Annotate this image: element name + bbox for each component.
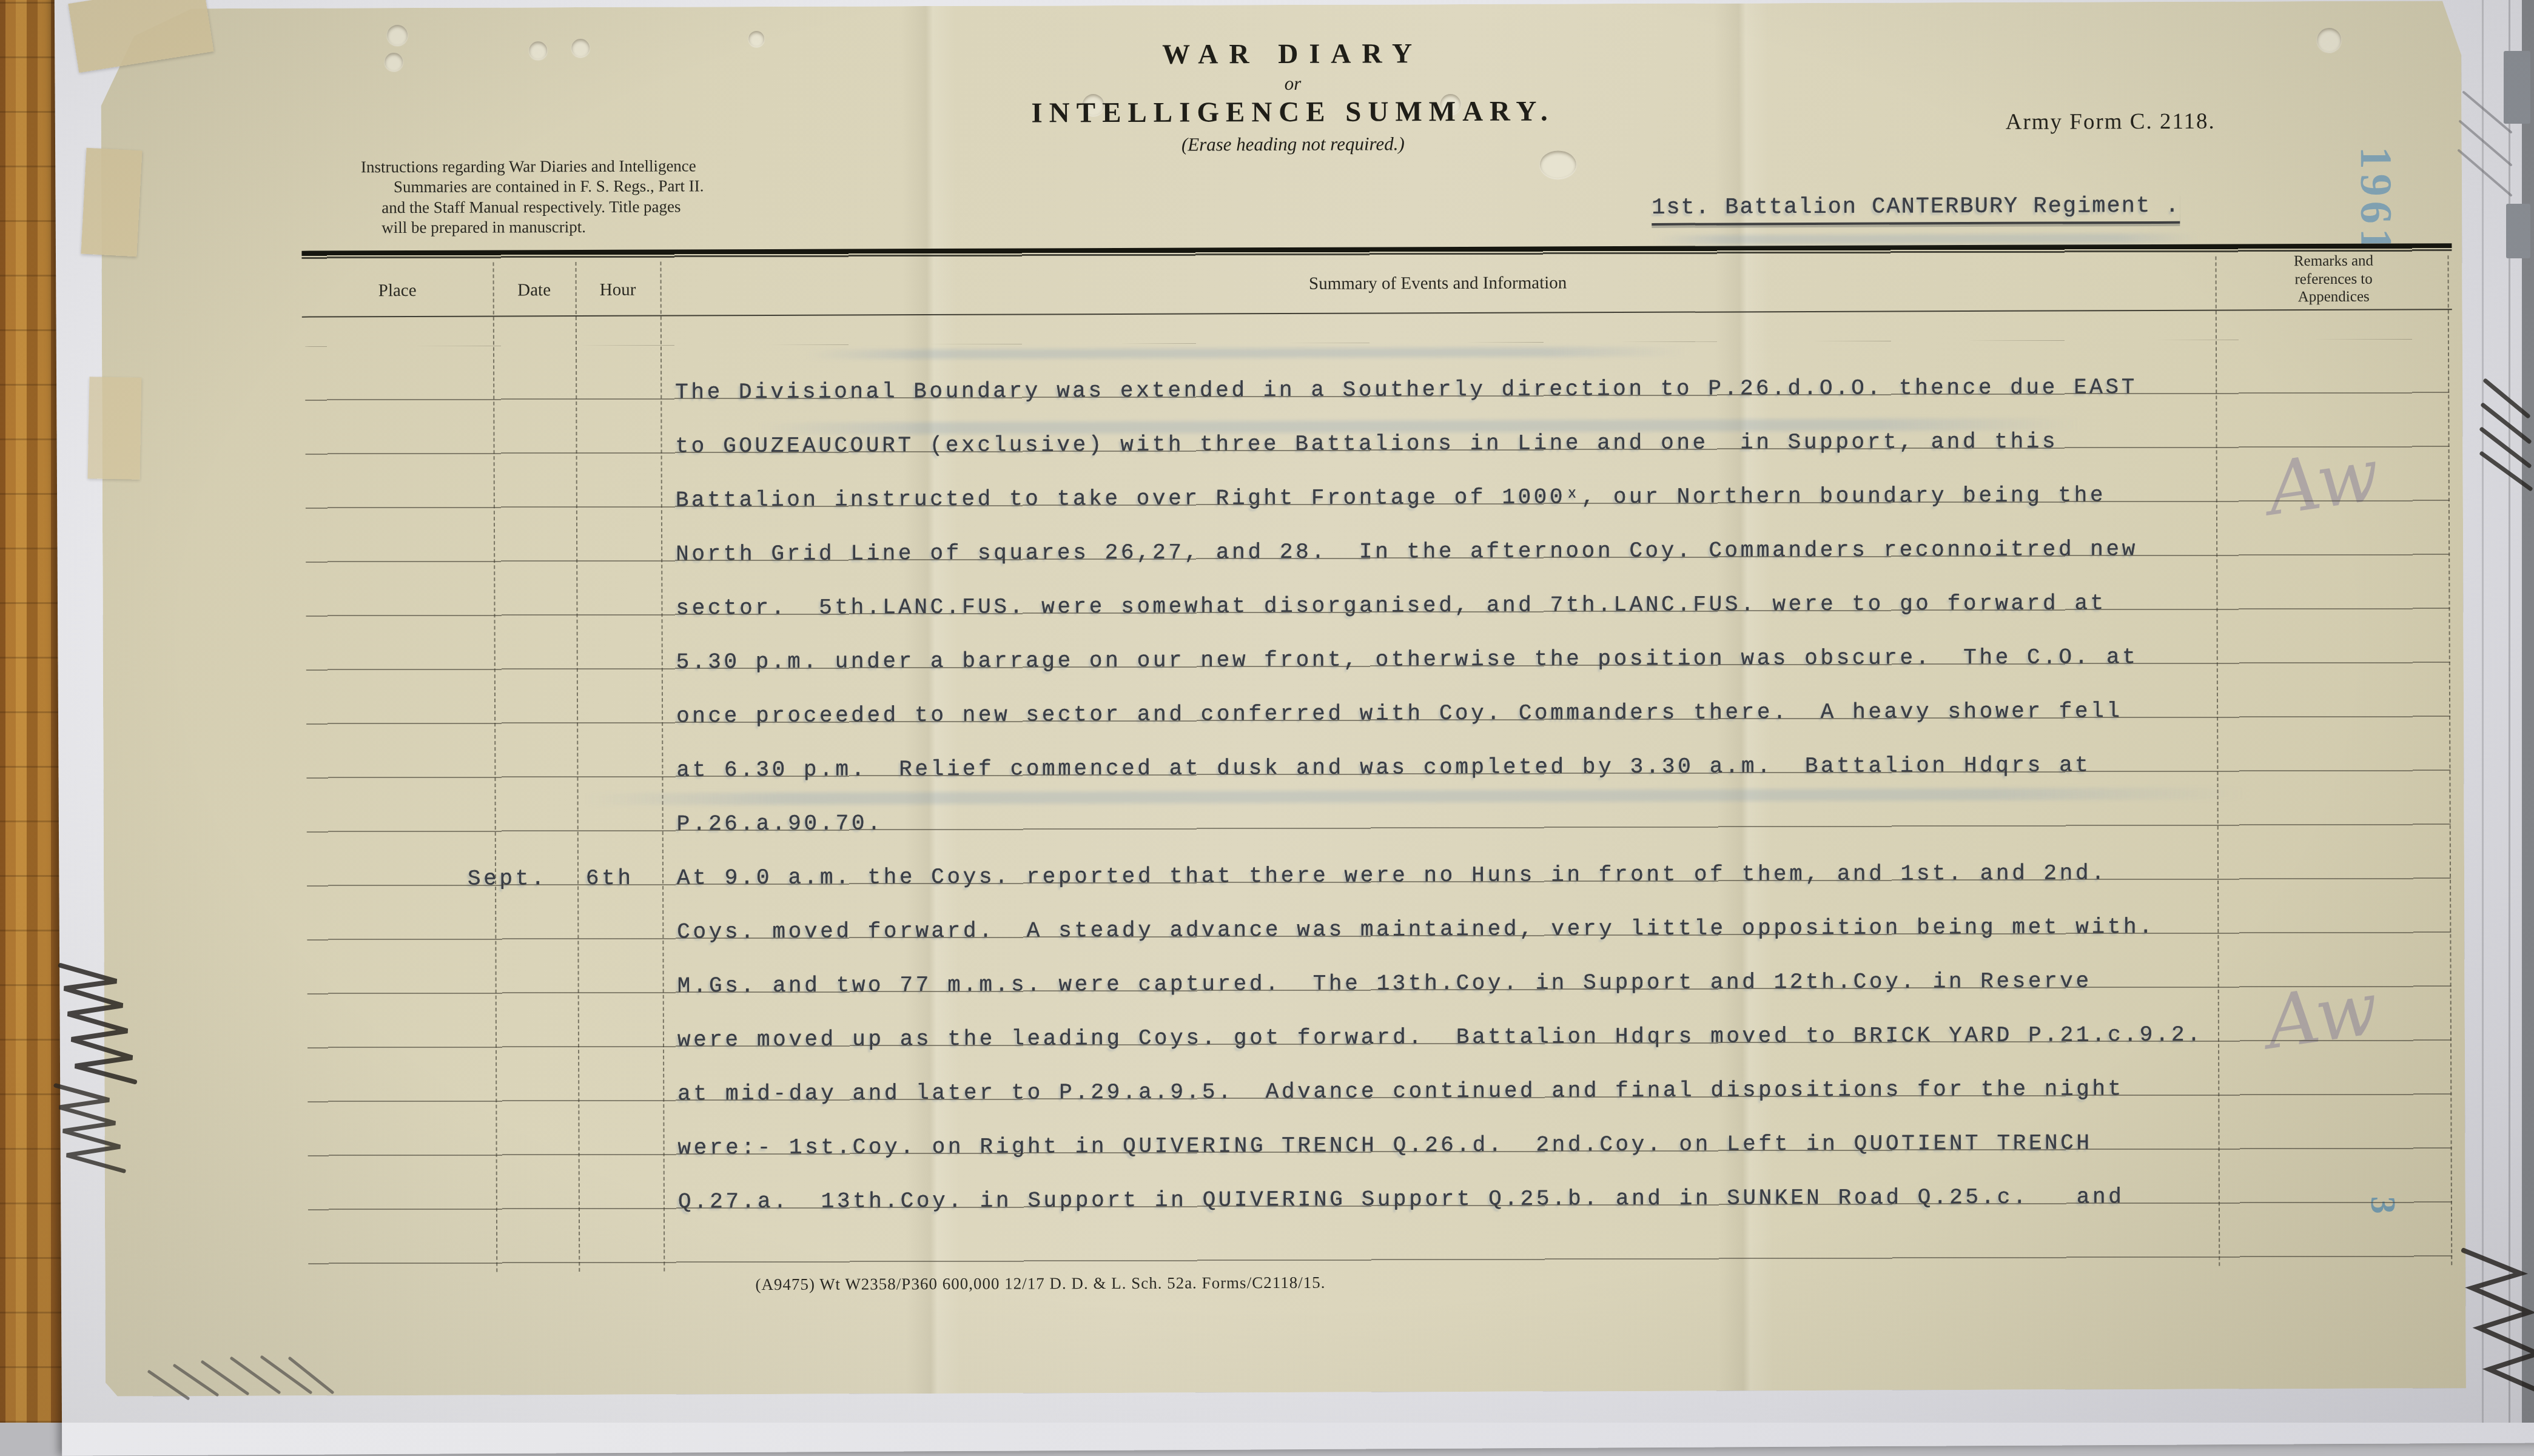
gray-paper-tab	[2504, 51, 2530, 124]
column-header-place: Place	[302, 281, 493, 301]
page-title: WAR DIARY	[959, 36, 1626, 71]
instructions-line: will be prepared in manuscript.	[381, 216, 756, 238]
army-form-number: Army Form C. 2118.	[2006, 109, 2216, 135]
column-header-summary: Summary of Events and Information	[660, 271, 2216, 297]
column-divider-summary-remarks	[2215, 257, 2220, 1266]
pencil-initials: Aw	[2262, 433, 2385, 532]
header-heavy-rule	[301, 243, 2452, 259]
instructions-line: Summaries are contained in F. S. Regs., …	[394, 176, 756, 198]
diary-line: 5.30 p.m. under a barrage on our new fro…	[676, 645, 2139, 674]
erase-heading-note: (Erase heading not required.)	[959, 132, 1627, 156]
ruled-row-lines	[305, 339, 2452, 1272]
unit-designation: 1st. Battalion CANTERBURY Regiment .	[1652, 193, 2180, 226]
diary-line: Coys. moved forward. A steady advance wa…	[677, 914, 2155, 945]
pencil-initials: Aw	[2261, 967, 2384, 1066]
paper-stack-edge	[2482, 0, 2484, 1423]
punch-hole	[571, 39, 590, 57]
printer-imprint: (A9475) Wt W2358/P360 600,000 12/17 D. D…	[755, 1273, 1325, 1294]
diary-line: M.Gs. and two 77 m.m.s. were captured. T…	[677, 968, 2092, 998]
diary-line: North Grid Line of squares 26,27, and 28…	[676, 537, 2138, 566]
masking-tape	[81, 148, 142, 257]
diary-line: The Divisional Boundary was extended in …	[675, 375, 2137, 404]
remarks-header-line: references to	[2222, 270, 2446, 289]
diary-line: At 9.0 a.m. the Coys. reported that ther…	[677, 861, 2107, 890]
column-header-underline	[302, 309, 2452, 317]
army-form-paper: Instructions regarding War Diaries and I…	[101, 1, 2466, 1397]
column-header-date: Date	[493, 280, 576, 300]
ghost-typing-smudge	[1654, 233, 2200, 245]
title-or: or	[959, 72, 1626, 96]
ghost-typing-smudge	[805, 347, 1685, 360]
gray-paper-tab	[2506, 204, 2530, 258]
ghost-typing-smudge	[583, 787, 2245, 805]
diary-line: were:- 1st.Coy. on Right in QUIVERING TR…	[678, 1130, 2092, 1160]
instructions-line: Instructions regarding War Diaries and I…	[361, 156, 756, 178]
punch-hole	[529, 41, 547, 59]
punch-hole	[748, 31, 764, 47]
remarks-header-line: Remarks and	[2221, 252, 2445, 270]
diary-line: to GOUZEAUCOURT (exclusive) with three B…	[675, 429, 2058, 459]
column-divider-place-date	[492, 263, 497, 1272]
entry-hour-cell: 6th	[586, 866, 634, 891]
column-divider-date-hour	[575, 262, 580, 1272]
punch-hole	[387, 25, 408, 45]
diary-line: sector. 5th.LANC.FUS. were somewhat diso…	[676, 591, 2106, 620]
instructions-line: and the Staff Manual respectively. Title…	[381, 196, 756, 218]
page-subtitle: INTELLIGENCE SUMMARY.	[959, 95, 1627, 130]
table-right-edge	[2447, 255, 2452, 1265]
paper-dent	[1540, 150, 1576, 178]
entry-date-cell: Sept.	[468, 866, 547, 891]
diary-line: once proceeded to new sector and conferr…	[676, 699, 2123, 728]
masking-tape	[88, 377, 142, 479]
remarks-header-line: Appendices	[2222, 287, 2446, 306]
diary-line: at 6.30 p.m. Relief commenced at dusk an…	[676, 753, 2091, 782]
diary-line: Battalion instructed to take over Right …	[676, 483, 2106, 512]
form-instructions: Instructions regarding War Diaries and I…	[356, 156, 756, 238]
diary-line: Q.27.a. 13th.Coy. in Support in QUIVERIN…	[678, 1184, 2125, 1214]
punch-hole	[385, 53, 403, 71]
paper-crease	[901, 6, 961, 1394]
column-divider-hour-summary	[660, 262, 665, 1272]
photographed-war-diary-page: Instructions regarding War Diaries and I…	[0, 0, 2534, 1423]
diary-line: P.26.a.90.70.	[677, 811, 884, 836]
diary-line: were moved up as the leading Coys. got f…	[677, 1022, 2203, 1053]
wooden-table-edge	[0, 0, 63, 1423]
column-header-remarks: Remarks and references to Appendices	[2221, 252, 2445, 306]
punch-hole	[2317, 28, 2341, 52]
column-header-hour: Hour	[576, 280, 660, 300]
page-number-stamp: 3	[2363, 1196, 2404, 1214]
diary-line: at mid-day and later to P.29.a.9.5. Adva…	[677, 1076, 2124, 1106]
